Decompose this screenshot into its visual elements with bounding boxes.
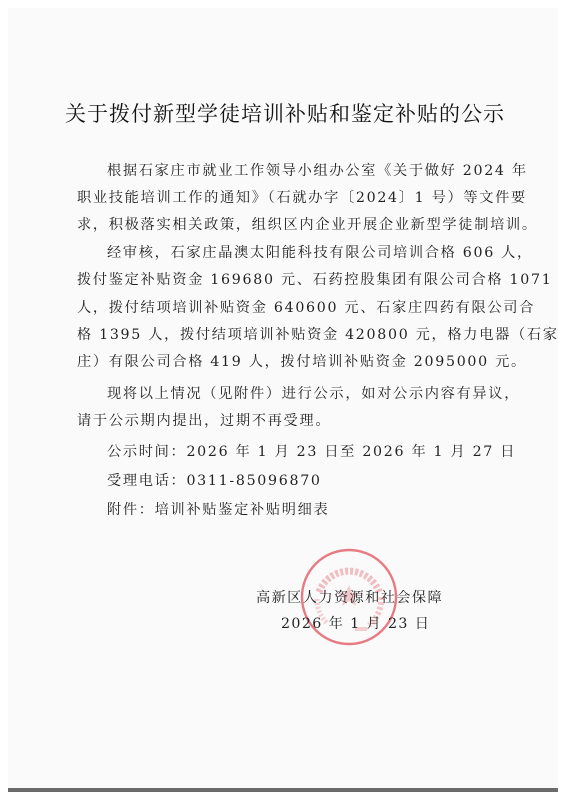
paragraph-1-line-2: 职业技能培训工作的通知》（石就办字〔2024〕1 号）等文件要 [77, 188, 527, 208]
paragraph-1-line-1: 根据石家庄市就业工作领导小组办公室《关于做好 2024 年 [107, 161, 528, 181]
paragraph-2-line-3: 人，拨付结项培训补贴资金 640600 元、石家庄四药有限公司合 [77, 298, 535, 318]
paragraph-2-line-5: 庄）有限公司合格 419 人，拨付培训补贴资金 2095000 元。 [77, 352, 527, 372]
paragraph-2-line-1: 经审核，石家庄晶澳太阳能科技有限公司培训合格 606 人， [107, 243, 533, 263]
notice-period: 公示时间：2026 年 1 月 23 日至 2026 年 1 月 27 日 [107, 442, 516, 462]
paragraph-3-line-2: 请于公示期内提出，过期不再受理。 [77, 411, 331, 431]
paragraph-3-line-1: 现将以上情况（见附件）进行公示，如对公示内容有异议， [107, 384, 520, 404]
issue-date: 2026 年 1 月 23 日 [281, 614, 430, 634]
attachment-note: 附件：培训补贴鉴定补贴明细表 [107, 500, 329, 520]
contact-phone: 受理电话：0311-85096870 [107, 471, 322, 491]
issuer-name: 高新区人力资源和社会保障 [256, 588, 443, 608]
document-title: 关于拨付新型学徒培训补贴和鉴定补贴的公示 [60, 101, 510, 127]
paragraph-2-line-2: 拨付鉴定补贴资金 169680 元、石药控股集团有限公司合格 1071 [77, 270, 552, 290]
paragraph-1-line-3: 求，积极落实相关政策，组织区内企业开展企业新型学徒制培训。 [77, 215, 538, 235]
scan-edge-bar [8, 788, 558, 792]
paragraph-2-line-4: 格 1395 人，拨付结项培训补贴资金 420800 元，格力电器（石家 [77, 325, 559, 345]
